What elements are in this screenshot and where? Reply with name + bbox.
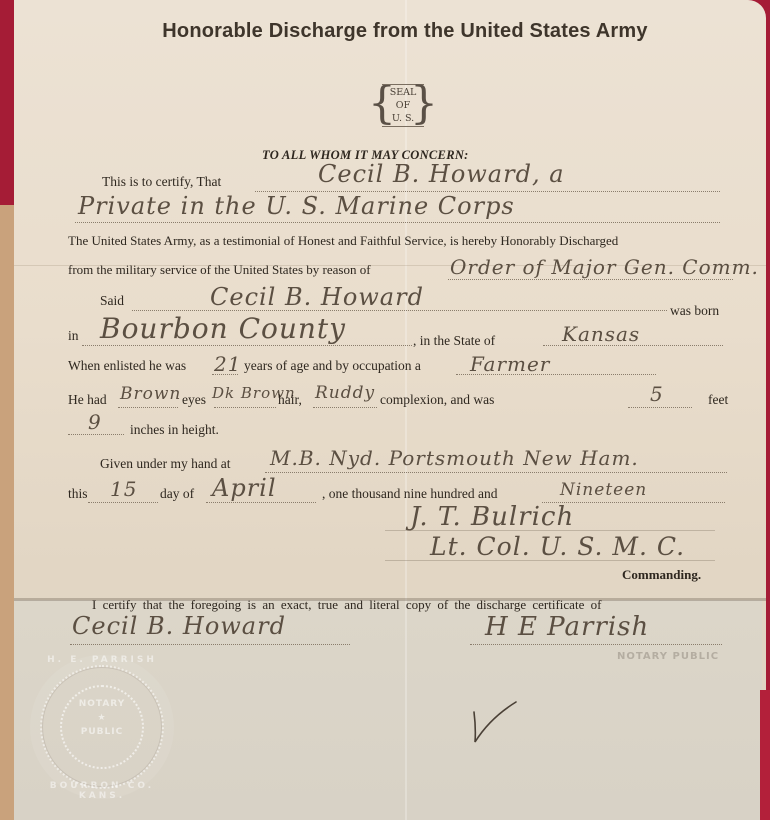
- emboss-outer-text-bottom: BOURBON CO. KANS.: [34, 781, 170, 801]
- eyes-label: eyes: [182, 392, 206, 408]
- reason-handwritten: Order of Major Gen. Comm.: [450, 255, 759, 279]
- year-label: , one thousand nine hundred and: [322, 486, 497, 502]
- emboss-outer-text-top: H. E. PARRISH: [34, 655, 170, 665]
- born-label: was born: [670, 303, 719, 319]
- day-line: [88, 502, 158, 503]
- day-of-label: day of: [160, 486, 194, 502]
- notary-signature-line: [470, 644, 722, 645]
- complexion-line: [313, 407, 377, 408]
- occupation-label: years of age and by occupation a: [244, 358, 421, 374]
- day-handwritten: 15: [110, 477, 137, 501]
- feet-label: feet: [708, 392, 728, 408]
- occupation-handwritten: Farmer: [470, 352, 550, 376]
- discharge-statement: The United States Army, as a testimonial…: [68, 233, 618, 249]
- right-brace-icon: }: [410, 82, 438, 126]
- emboss-center-text: NOTARY ★ PUBLIC: [42, 697, 162, 739]
- check-mark-icon: [470, 698, 520, 748]
- eyes-handwritten: Brown: [120, 384, 181, 404]
- reason-label: from the military service of the United …: [68, 262, 371, 278]
- had-label: He had: [68, 392, 107, 408]
- background-red-edge: [760, 690, 770, 820]
- this-label: this: [68, 486, 88, 502]
- state-handwritten: Kansas: [562, 322, 640, 346]
- copy-certification-statement: I certify that the foregoing is an exact…: [92, 597, 601, 613]
- inches-line: [68, 434, 124, 435]
- subject-name-handwritten: Cecil B. Howard: [72, 612, 286, 640]
- commanding-officer-signature: J. T. Bulrich: [410, 502, 574, 532]
- hair-line: [214, 407, 276, 408]
- complexion-handwritten: Ruddy: [315, 383, 375, 403]
- state-label: , in the State of: [413, 333, 495, 349]
- inches-handwritten: 9: [88, 410, 102, 434]
- year-handwritten: Nineteen: [560, 480, 647, 500]
- reason-line: [448, 279, 733, 280]
- birthplace-line: [82, 345, 412, 346]
- us-seal-placeholder: { SEAL OF U. S. }: [370, 80, 436, 132]
- given-place-handwritten: M.B. Nyd. Portsmouth New Ham.: [270, 446, 639, 470]
- feet-handwritten: 5: [650, 382, 664, 406]
- birthplace-handwritten: Bourbon County: [100, 312, 346, 345]
- hair-label: hair,: [278, 392, 302, 408]
- notary-signature: H E Parrish: [485, 612, 649, 642]
- given-place-line: [265, 472, 727, 473]
- certify-name-handwritten: Cecil B. Howard, a: [318, 160, 565, 188]
- embossed-notary-seal: H. E. PARRISH NOTARY ★ PUBLIC BOURBON CO…: [40, 665, 164, 789]
- complexion-label: complexion, and was: [380, 392, 494, 408]
- commanding-officer-rank: Lt. Col. U. S. M. C.: [430, 532, 685, 561]
- age-handwritten: 21: [214, 352, 241, 376]
- given-label: Given under my hand at: [100, 456, 230, 472]
- said-label: Said: [100, 293, 124, 309]
- commanding-label: Commanding.: [622, 567, 701, 583]
- enlisted-label: When enlisted he was: [68, 358, 186, 374]
- feet-line: [628, 407, 692, 408]
- certify-rank-handwritten: Private in the U. S. Marine Corps: [78, 192, 515, 220]
- document-title: Honorable Discharge from the United Stat…: [0, 20, 770, 43]
- subject-name-line: [70, 644, 350, 645]
- inches-label: inches in height.: [130, 422, 219, 438]
- certify-rank-line: [75, 222, 720, 223]
- certify-label: This is to certify, That: [102, 174, 221, 190]
- month-handwritten: April: [212, 474, 277, 502]
- said-name-handwritten: Cecil B. Howard: [210, 283, 424, 311]
- in-label: in: [68, 328, 79, 344]
- notary-public-stamp: NOTARY PUBLIC: [617, 651, 719, 662]
- month-line: [206, 502, 316, 503]
- eyes-line: [118, 407, 178, 408]
